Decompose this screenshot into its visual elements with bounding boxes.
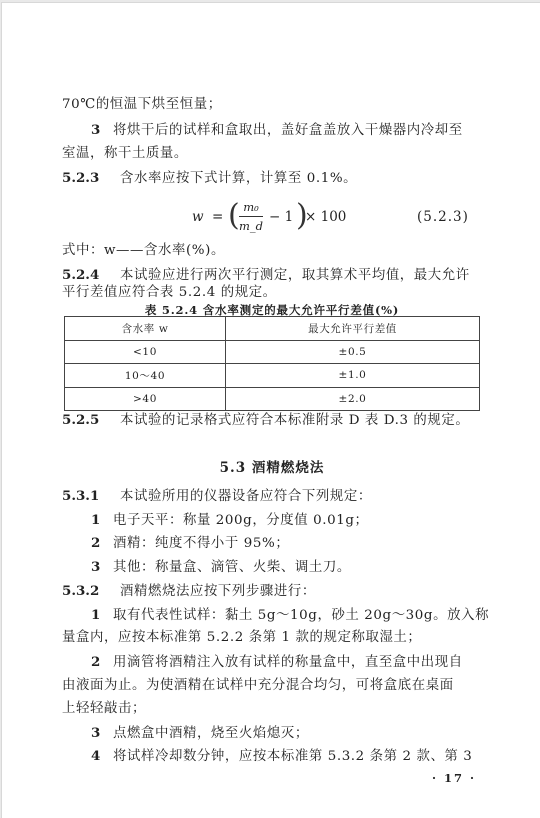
- clause-number: 5.2.3: [62, 170, 120, 186]
- item-number: 3: [91, 725, 113, 741]
- clause-number: 5.2.4: [62, 267, 120, 283]
- clause-5-3-2: 5.3.2酒精燃烧法应按下列步骤进行：: [62, 583, 316, 600]
- fraction-bar: [239, 216, 263, 217]
- clause-text: 含水率应按下式计算，计算至 0.1%。: [120, 171, 357, 186]
- paragraph-line: 量盒内，应按本标准第 5.2.2 条第 1 款的规定称取湿土；: [62, 630, 421, 646]
- item-text: 其他：称量盒、滴管、火柴、调土刀。: [113, 560, 351, 575]
- table-row: 10～40 ±1.0: [65, 364, 480, 388]
- formula-times: × 100: [305, 209, 346, 225]
- clause-5-2-4: 5.2.4本试验应进行两次平行测定，取其算术平均值，最大允许: [62, 267, 470, 284]
- clause-number: 5.3.2: [62, 583, 120, 599]
- list-item-3: 3点燃盒中酒精，烧至火焰熄灭；: [91, 725, 309, 742]
- clause-text: 本试验应进行两次平行测定，取其算术平均值，最大允许: [120, 268, 470, 283]
- item-text: 酒精：纯度不得小于 95%；: [113, 536, 289, 551]
- table-cell: ±0.5: [226, 340, 480, 364]
- list-item-3: 3将烘干后的试样和盒取出，盖好盒盖放入干燥器内冷却至: [91, 122, 463, 139]
- clause-5-2-5: 5.2.5本试验的记录格式应符合本标准附录 D 表 D.3 的规定。: [62, 412, 469, 429]
- item-text: 将烘干后的试样和盒取出，盖好盒盖放入干燥器内冷却至: [113, 123, 463, 138]
- tolerance-table: 含水率 w 最大允许平行差值 <10 ±0.5 10～40 ±1.0 >40 ±…: [64, 316, 480, 411]
- paragraph-line: 上轻轻敲击；: [62, 701, 146, 717]
- clause-5-3-1: 5.3.1本试验所用的仪器设备应符合下列规定：: [62, 488, 372, 505]
- numerator: m₀: [239, 200, 263, 214]
- paragraph-line: 平行差值应符合表 5.2.4 的规定。: [62, 285, 277, 301]
- paragraph-line: 由液面为止。为使酒精在试样中充分混合均匀，可将盒底在桌面: [62, 678, 454, 694]
- paragraph-line: 室温，称干土质量。: [62, 146, 188, 162]
- water-content-formula: w = ( m₀ m_d − 1 ) × 100 (5.2.3): [192, 196, 482, 240]
- clause-text: 酒精燃烧法应按下列步骤进行：: [120, 584, 316, 599]
- item-number: 2: [91, 654, 113, 670]
- item-number: 3: [91, 559, 113, 575]
- item-text: 将试样冷却数分钟，应按本标准第 5.3.2 条第 2 款、第 3: [113, 749, 472, 764]
- paragraph-line: 70℃的恒温下烘至恒量；: [62, 97, 222, 113]
- item-number: 4: [91, 748, 113, 764]
- table-cell: <10: [65, 340, 226, 364]
- formula-minus-one: − 1: [269, 209, 293, 225]
- clause-number: 5.2.5: [62, 412, 120, 428]
- item-text: 电子天平：称量 200g，分度值 0.01g；: [113, 513, 369, 528]
- table-cell: ±1.0: [226, 364, 480, 388]
- table-header: 最大允许平行差值: [226, 317, 480, 341]
- table-header-row: 含水率 w 最大允许平行差值: [65, 317, 480, 341]
- list-item-1: 1电子天平：称量 200g，分度值 0.01g；: [91, 512, 369, 529]
- formula-equals: =: [212, 209, 223, 225]
- item-number: 3: [91, 122, 113, 138]
- item-text: 用滴管将酒精注入放有试样的称量盒中，直至盒中出现自: [113, 655, 463, 670]
- table-header: 含水率 w: [65, 317, 226, 341]
- page-number: · 17 ·: [432, 771, 476, 785]
- clause-text: 本试验的记录格式应符合本标准附录 D 表 D.3 的规定。: [120, 413, 469, 428]
- item-text: 取有代表性试样：黏土 5g～10g，砂土 20g～30g。放入称: [113, 608, 489, 623]
- clause-text: 本试验所用的仪器设备应符合下列规定：: [120, 489, 372, 504]
- list-item-2: 2用滴管将酒精注入放有试样的称量盒中，直至盒中出现自: [91, 654, 463, 671]
- item-number: 1: [91, 607, 113, 623]
- list-item-4: 4将试样冷却数分钟，应按本标准第 5.3.2 条第 2 款、第 3: [91, 748, 472, 765]
- list-item-1: 1取有代表性试样：黏土 5g～10g，砂土 20g～30g。放入称: [91, 607, 489, 624]
- item-number: 1: [91, 512, 113, 528]
- list-item-3: 3其他：称量盒、滴管、火柴、调土刀。: [91, 559, 351, 576]
- document-page: 70℃的恒温下烘至恒量； 3将烘干后的试样和盒取出，盖好盒盖放入干燥器内冷却至 …: [1, 2, 540, 817]
- list-item-2: 2酒精：纯度不得小于 95%；: [91, 535, 289, 552]
- item-text: 点燃盒中酒精，烧至火焰熄灭；: [113, 726, 309, 741]
- clause-number: 5.3.1: [62, 488, 120, 504]
- table-cell: >40: [65, 387, 226, 411]
- denominator: m_d: [239, 219, 263, 233]
- table-row: <10 ±0.5: [65, 340, 480, 364]
- formula-legend: 式中：w——含水率(%)。: [62, 243, 225, 259]
- equation-number: (5.2.3): [417, 209, 469, 225]
- item-number: 2: [91, 535, 113, 551]
- clause-5-2-3: 5.2.3含水率应按下式计算，计算至 0.1%。: [62, 170, 357, 187]
- table-cell: ±2.0: [226, 387, 480, 411]
- section-heading: 5.3 酒精燃烧法: [2, 456, 540, 476]
- table-row: >40 ±2.0: [65, 387, 480, 411]
- table-cell: 10～40: [65, 364, 226, 388]
- formula-lhs: w: [192, 209, 204, 225]
- formula-fraction: m₀ m_d: [239, 200, 263, 233]
- left-paren: (: [228, 198, 240, 234]
